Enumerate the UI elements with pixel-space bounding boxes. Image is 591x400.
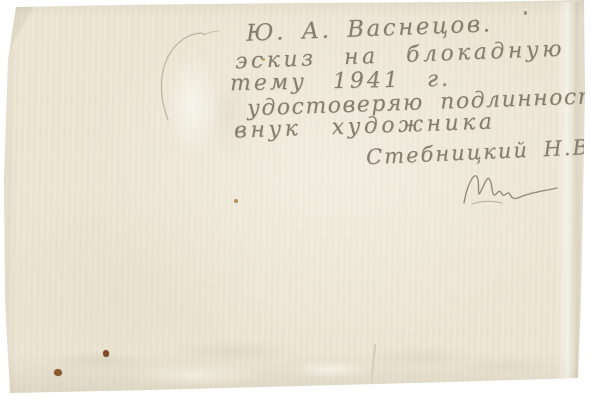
foxing-spot	[262, 58, 265, 61]
foxing-spot	[234, 199, 238, 203]
paper-verso: Ю. А. Васнецов. эскиз на блокадную тему …	[0, 0, 591, 400]
foxing-spot	[54, 369, 62, 376]
faint-pencil-arc	[140, 18, 240, 128]
foxing-spot	[524, 11, 527, 15]
photograph: Ю. А. Васнецов. эскиз на блокадную тему …	[0, 0, 591, 400]
pencil-signature-flourish	[452, 163, 567, 209]
paper-wrinkles	[8, 336, 574, 390]
foxing-spot	[103, 350, 109, 357]
folded-corner	[5, 5, 35, 57]
